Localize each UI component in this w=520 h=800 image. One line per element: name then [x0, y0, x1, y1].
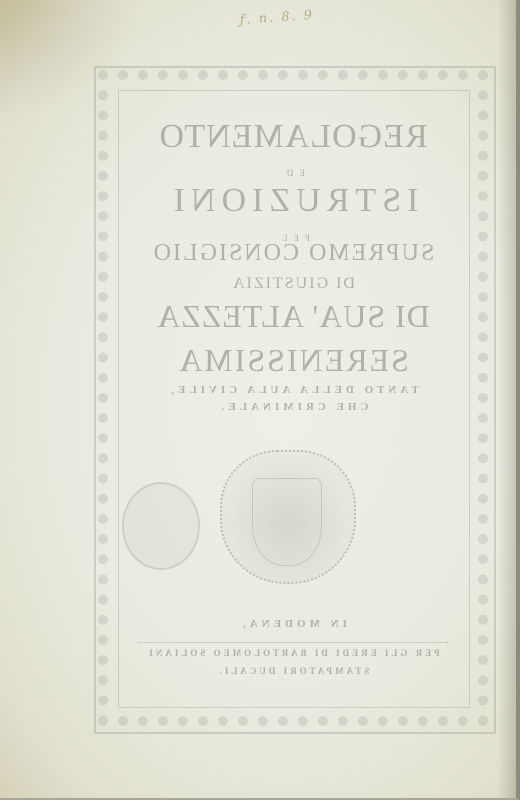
title: REGOLAMENTO	[118, 118, 468, 156]
body-line-3: DI SUA' ALTEZZA	[118, 298, 468, 335]
body-line-2: DI GIUSTIZIA	[118, 275, 468, 293]
body-line-4: SERENISSIMA	[118, 342, 468, 379]
connector-ed: ED	[118, 168, 468, 178]
imprint-divider	[138, 642, 448, 643]
imprint-place: IN MODENA,	[118, 618, 468, 630]
mirrored-title-page: REGOLAMENTO ED ISTRUZIONI PEL SUPREMO CO…	[118, 90, 468, 706]
small-line-2: CHE CRIMINALE.	[118, 401, 468, 413]
handwritten-note: ƒ. n. 8. 9	[239, 0, 441, 43]
imprint-printer: PER GLI EREDI DI BARTOLOMEO SOLIANI	[118, 648, 468, 658]
scanned-page: ƒ. n. 8. 9 REGOLAMENTO ED ISTRUZIONI PEL…	[0, 0, 519, 800]
small-line-1: TANTO DELLA AULA CIVILE,	[118, 384, 468, 396]
body-line-1: SUPREMO CONSIGLIO	[118, 240, 468, 267]
subtitle: ISTRUZIONI	[118, 182, 468, 220]
imprint-role: STAMPATORI DUCALI.	[118, 666, 468, 676]
